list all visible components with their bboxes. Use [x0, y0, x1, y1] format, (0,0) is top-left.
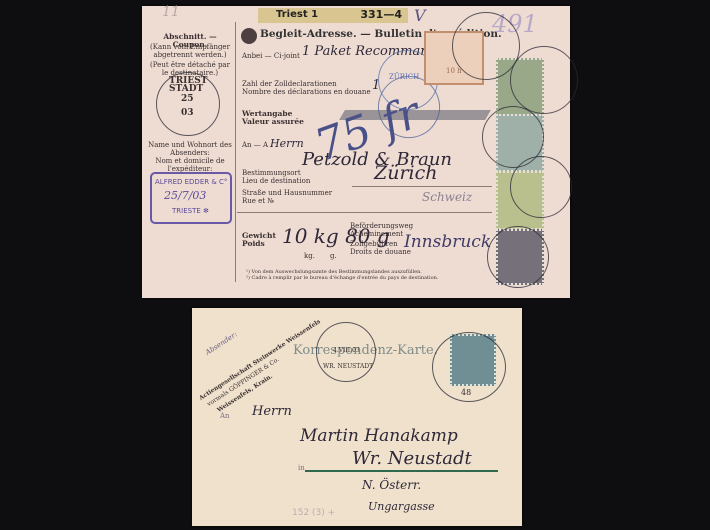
ci-joint-label: Anbei — Ci-joint [242, 52, 300, 60]
sender-company-stamp: ALFRED EDDER & C° 25/7/03 TRIESTE ✻ [150, 172, 232, 224]
parcel-card: 11 Triest 1 331—4 V Abschnitt. — Coupon.… [142, 6, 570, 298]
route-label-fr: Acheminement [350, 230, 403, 238]
country-value: Schweiz [422, 190, 472, 204]
customs-label-fr: Droits de douane [350, 248, 411, 256]
customs-label-de: Zollgebühren [350, 240, 398, 248]
coupon-note-de: (Kann vom Empfänger abgetrennt werden.) [146, 43, 234, 59]
triest-postmark-5 [487, 226, 549, 288]
declarations-label-fr: Nombre des déclarations en douane [242, 88, 371, 96]
sender-label-de: Name und Wohnort des Absenders: [146, 141, 234, 157]
recipient-name: Martin Hanakamp [300, 426, 458, 446]
correspondence-card: Absender: Actiengesellschaft Steinwerke … [192, 308, 522, 526]
route-value: Innsbruck [404, 232, 491, 252]
sender-line-1: Actiengesellschaft Steinwerke Weissenfel… [198, 318, 322, 403]
pencil-inventory-note: 152 (3) + [292, 508, 335, 518]
declarations-label-de: Zahl der Zolldeclarationen [242, 80, 337, 88]
triest-postmark-coupon: TRIEST STADT 25 03 [156, 72, 220, 136]
triest-postmark-4 [510, 156, 572, 218]
city: Wr. Neustadt [352, 448, 472, 469]
an-label: An [220, 412, 230, 420]
address-underline [305, 470, 498, 472]
office-label-banner: Triest 1 331—4 [258, 8, 408, 23]
destination-label-fr: Lieu de destination [242, 177, 310, 185]
destination-value: Zürich [374, 162, 437, 184]
street-label-de: Straße und Hausnummer [242, 189, 332, 197]
street-label-fr: Rue et № [242, 197, 274, 205]
office-name: Triest 1 [276, 9, 318, 20]
country-line: N. Österr. [362, 478, 421, 492]
tarvis-postmark: 48 [432, 332, 506, 402]
route-label-de: Beförderungsweg [350, 222, 413, 230]
weight-label-fr: Poids [242, 240, 265, 248]
parcel-number: 331—4 [360, 8, 402, 21]
destination-label-de: Bestimmungsort [242, 169, 301, 177]
triest-postmark-1 [452, 12, 520, 80]
double-eagle-emblem-icon [241, 28, 257, 44]
pencil-mark-top: 11 [162, 4, 180, 20]
checkmark: V [414, 6, 426, 25]
sender-label-fr: Nom et domicile de l'expéditeur: [146, 157, 234, 173]
wertangabe-label-fr: Valeur assurée [242, 118, 304, 126]
an-label: An — A [242, 141, 268, 149]
triest-postmark-2 [510, 46, 578, 114]
sender-label: Absender: [204, 330, 239, 356]
footnote-2: ²) Cadre à remplir par le bureau d'échan… [246, 274, 438, 282]
recipient-prefix: Herrn [270, 137, 304, 150]
salutation: Herrn [252, 404, 292, 419]
wr-neustadt-postmark: WR. NEUSTADT 4.VIII.03 [316, 322, 376, 382]
street: Ungargasse [368, 500, 435, 513]
in-label: in [298, 464, 305, 472]
